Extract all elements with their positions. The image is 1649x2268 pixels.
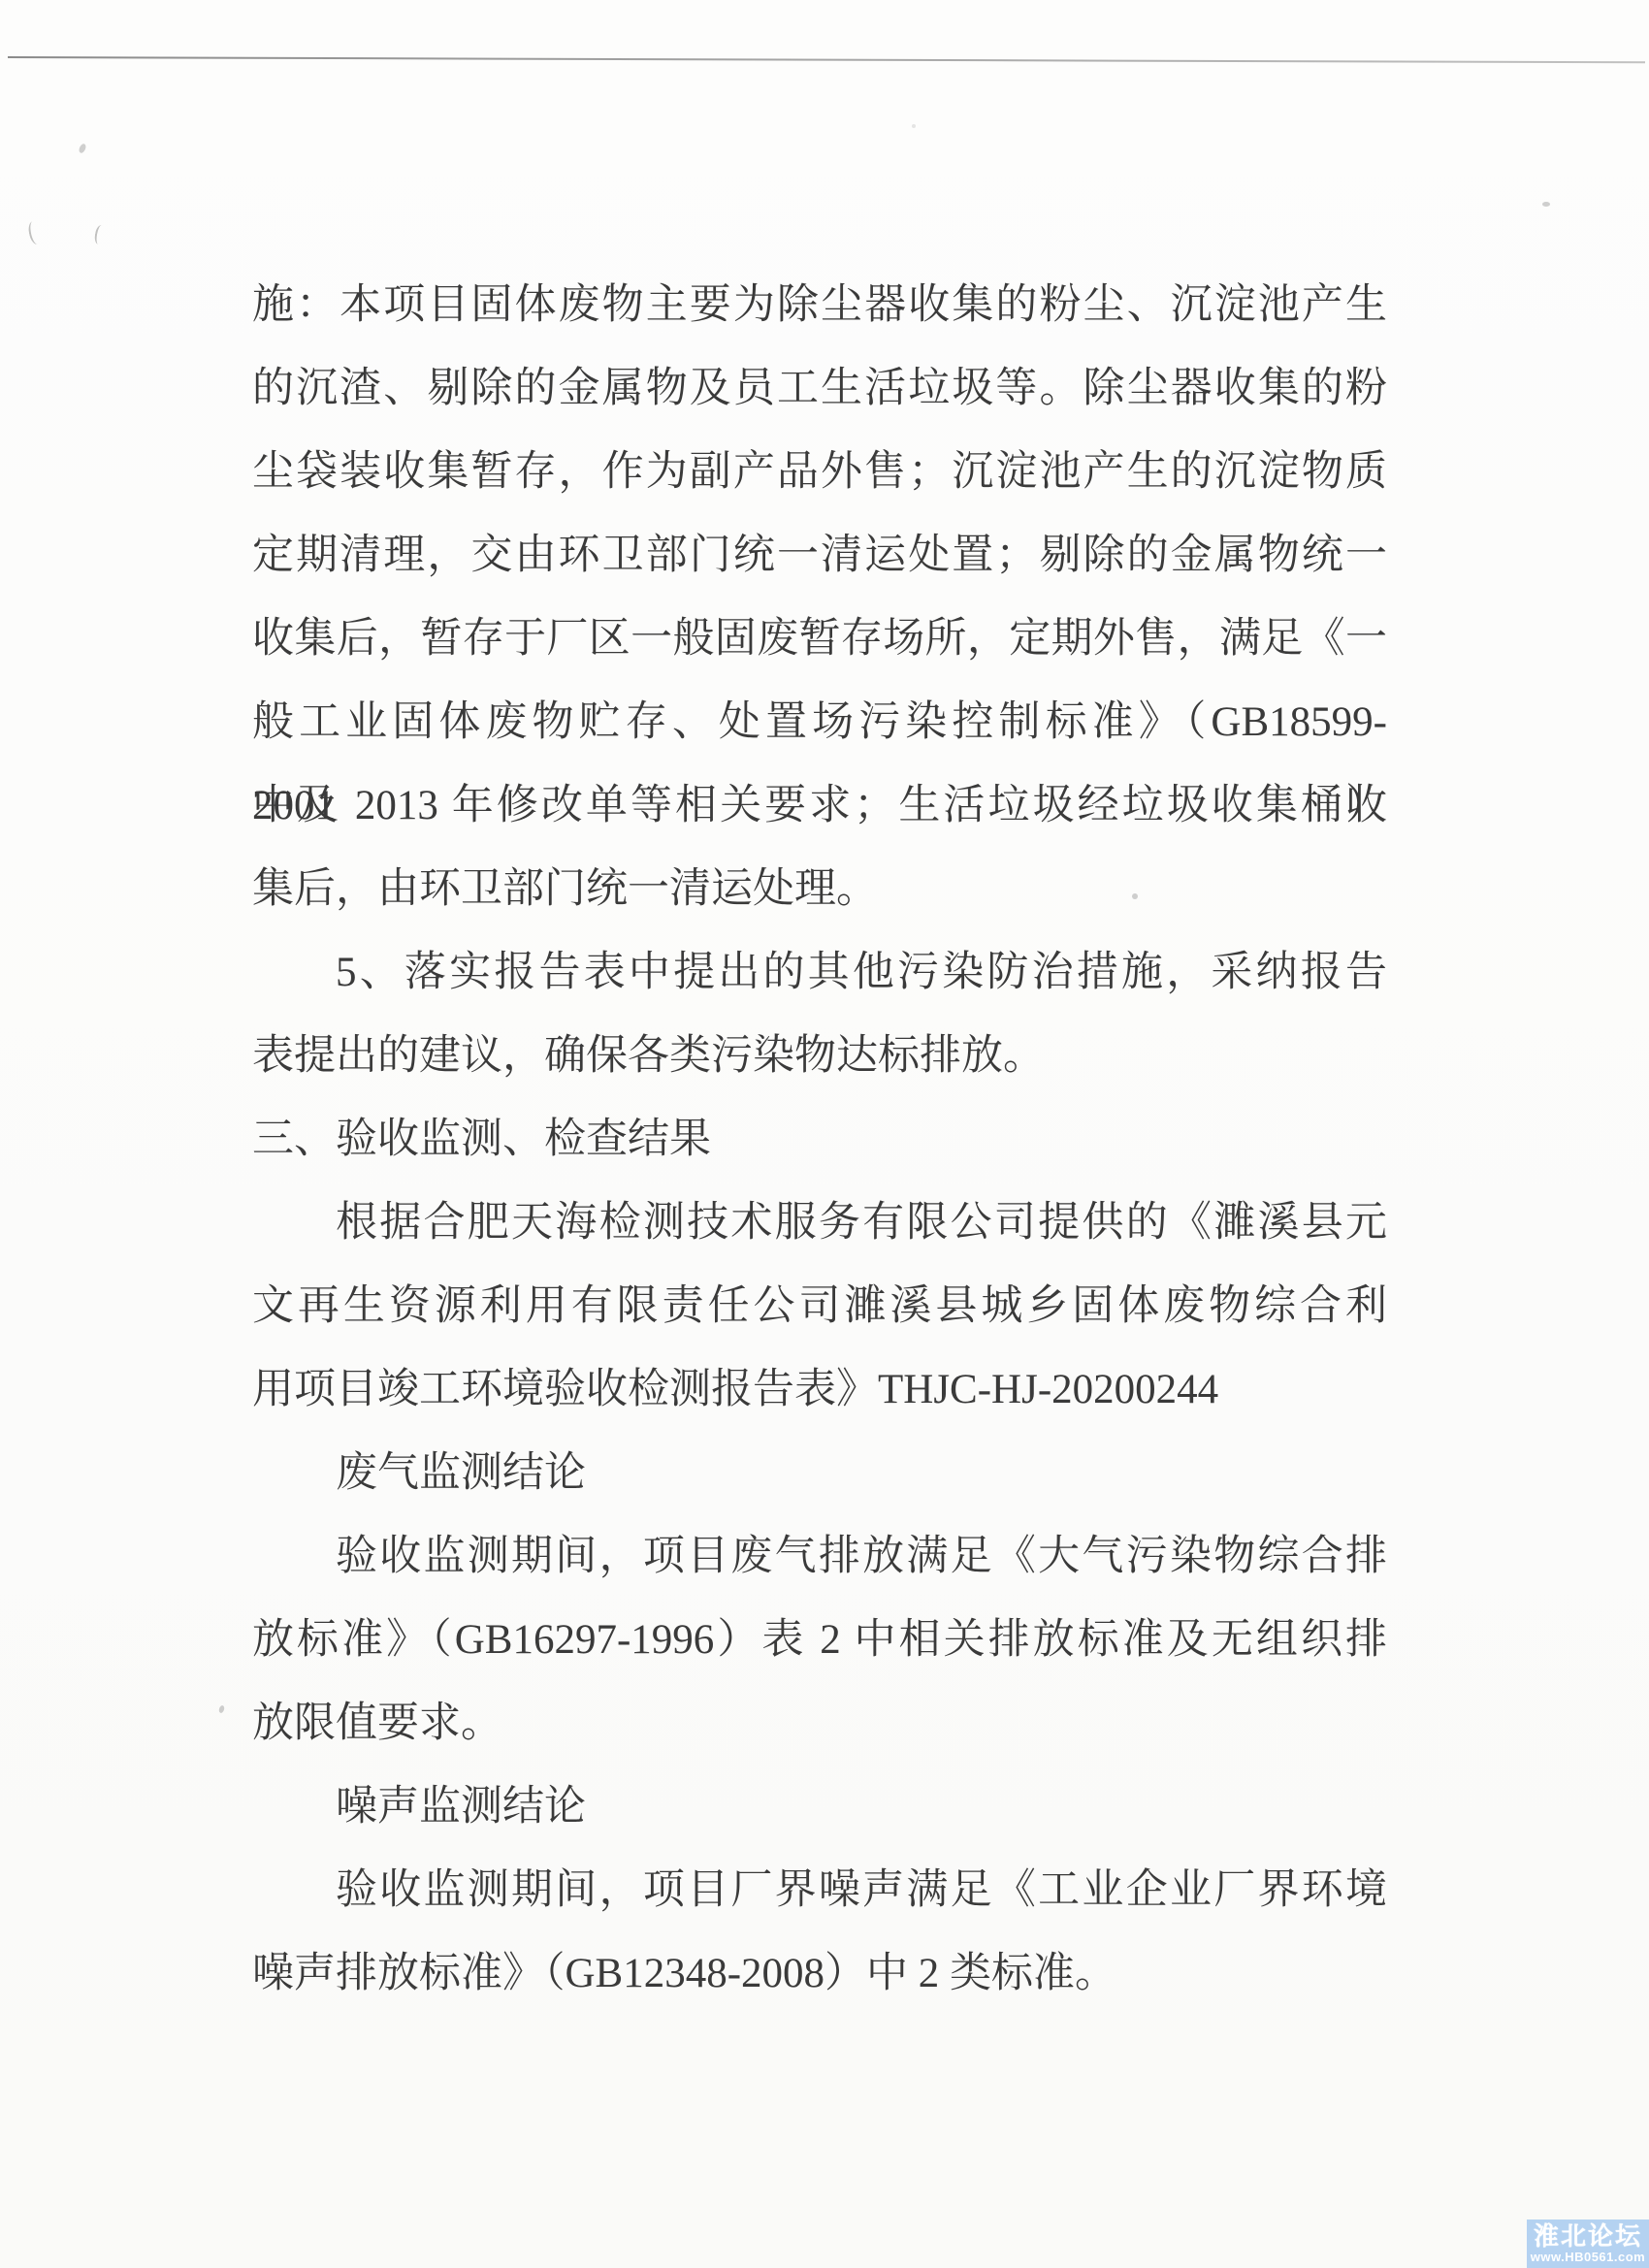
scan-speck <box>78 143 87 154</box>
text-line: 集后，由环卫部门统一清运处理。 <box>252 848 1387 931</box>
text-line: 放标准》（GB16297-1996）表 2 中相关排放标准及无组织排 <box>252 1599 1387 1682</box>
watermark-title: 淮北论坛 <box>1534 2223 1642 2250</box>
scan-speck <box>912 124 916 128</box>
scan-speck <box>27 220 44 245</box>
forum-watermark: 淮北论坛 www.HB0561.com <box>1527 2219 1649 2268</box>
text-line: 用项目竣工环境验收检测报告表》THJC-HJ-20200244 <box>252 1348 1387 1432</box>
text-line: 废气监测结论 <box>252 1432 1387 1515</box>
scan-speck <box>93 224 106 244</box>
text-line: 噪声监测结论 <box>252 1766 1387 1849</box>
scanned-document-page: 施：本项目固体废物主要为除尘器收集的粉尘、沉淀池产生的沉渣、剔除的金属物及员工生… <box>0 0 1649 2268</box>
text-line: 5、落实报告表中提出的其他污染防治措施，采纳报告 <box>252 931 1387 1015</box>
text-line: 中及 2013 年修改单等相关要求；生活垃圾经垃圾收集桶收 <box>252 764 1387 848</box>
scan-edge-line <box>8 56 1645 63</box>
text-line: 根据合肥天海检测技术服务有限公司提供的《濉溪县元 <box>252 1182 1387 1265</box>
scan-speck <box>218 1704 225 1713</box>
text-line: 验收监测期间，项目废气排放满足《大气污染物综合排 <box>252 1515 1387 1599</box>
scan-speck <box>1542 202 1550 207</box>
text-line: 放限值要求。 <box>252 1682 1387 1766</box>
text-line: 施：本项目固体废物主要为除尘器收集的粉尘、沉淀池产生 <box>252 264 1387 347</box>
text-line: 般工业固体废物贮存、处置场污染控制标准》（GB18599-2001） <box>252 681 1387 764</box>
text-line: 收集后，暂存于厂区一般固废暂存场所，定期外售，满足《一 <box>252 598 1387 681</box>
text-line: 表提出的建议，确保各类污染物达标排放。 <box>252 1015 1387 1098</box>
text-line: 定期清理，交由环卫部门统一清运处置；剔除的金属物统一 <box>252 514 1387 598</box>
text-line: 三、验收监测、检查结果 <box>252 1098 1387 1182</box>
text-line: 文再生资源利用有限责任公司濉溪县城乡固体废物综合利 <box>252 1265 1387 1348</box>
watermark-url: www.HB0561.com <box>1531 2250 1646 2264</box>
document-body: 施：本项目固体废物主要为除尘器收集的粉尘、沉淀池产生的沉渣、剔除的金属物及员工生… <box>252 264 1387 2016</box>
text-line: 噪声排放标准》（GB12348-2008）中 2 类标准。 <box>252 1932 1387 2016</box>
text-line: 尘袋装收集暂存，作为副产品外售；沉淀池产生的沉淀物质 <box>252 431 1387 514</box>
text-line: 的沉渣、剔除的金属物及员工生活垃圾等。除尘器收集的粉 <box>252 347 1387 431</box>
text-line: 验收监测期间，项目厂界噪声满足《工业企业厂界环境 <box>252 1849 1387 1932</box>
scan-speck <box>1132 893 1138 899</box>
